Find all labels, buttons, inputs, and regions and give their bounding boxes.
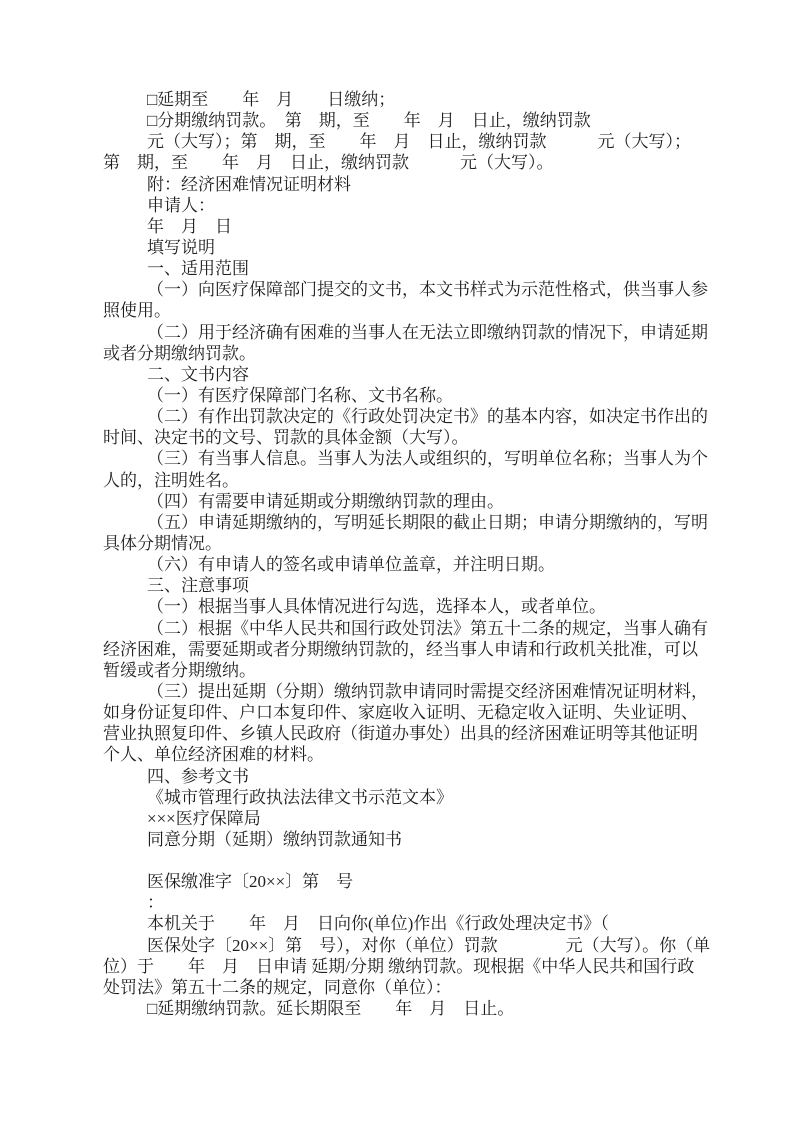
doc-line-12: （二）用于经济确有困难的当事人在无法立即缴纳罚款的情况下，申请延期 (103, 322, 743, 343)
doc-line-2: □分期缴纳罚款。 第 期，至 年 月 日止，缴纳罚款 (103, 110, 743, 131)
doc-line-37 (103, 850, 743, 871)
doc-line-24: 三、注意事项 (103, 575, 743, 596)
doc-line-15: （一）有医疗保障部门名称、文书名称。 (103, 385, 743, 406)
doc-line-39: ： (103, 892, 743, 913)
doc-line-44: □延期缴纳罚款。延长期限至 年 月 日止。 (103, 998, 743, 1019)
doc-line-18: （三）有当事人信息。当事人为法人或组织的，写明单位名称；当事人为个 (103, 448, 743, 469)
doc-line-28: 暂缓或者分期缴纳。 (103, 660, 743, 681)
doc-line-17: 时间、决定书的文号、罚款的具体金额（大写）。 (103, 427, 743, 448)
doc-line-20: （四）有需要申请延期或分期缴纳罚款的理由。 (103, 491, 743, 512)
doc-line-41: 医保处字〔20××〕第 号），对你（单位）罚款 元（大写）。你（单 (103, 935, 743, 956)
doc-line-26: （二）根据《中华人民共和国行政处罚法》第五十二条的规定，当事人确有 (103, 618, 743, 639)
doc-line-8: 填写说明 (103, 237, 743, 258)
doc-line-21: （五）申请延期缴纳的，写明延长期限的截止日期；申请分期缴纳的，写明 (103, 512, 743, 533)
doc-line-40: 本机关于 年 月 日向你(单位)作出《行政处理决定书》（ (103, 913, 743, 934)
doc-line-31: 营业执照复印件、乡镇人民政府（街道办事处）出具的经济困难证明等其他证明 (103, 723, 743, 744)
doc-line-35: ×××医疗保障局 (103, 808, 743, 829)
doc-line-16: （二）有作出罚款决定的《行政处罚决定书》的基本内容，如决定书作出的 (103, 406, 743, 427)
doc-line-9: 一、适用范围 (103, 258, 743, 279)
doc-line-14: 二、文书内容 (103, 364, 743, 385)
doc-line-30: 如身份证复印件、户口本复印件、家庭收入证明、无稳定收入证明、失业证明、 (103, 702, 743, 723)
document-page: □延期至 年 月 日缴纳；□分期缴纳罚款。 第 期，至 年 月 日止，缴纳罚款元… (0, 0, 793, 1122)
doc-line-22: 具体分期情况。 (103, 533, 743, 554)
doc-line-23: （六）有申请人的签名或申请单位盖章，并注明日期。 (103, 554, 743, 575)
doc-line-43: 处罚法》第五十二条的规定，同意你（单位）： (103, 977, 743, 998)
doc-line-38: 医保缴准字〔20××〕第 号 (103, 871, 743, 892)
doc-line-32: 个人、单位经济困难的材料。 (103, 744, 743, 765)
doc-line-7: 年 月 日 (103, 216, 743, 237)
doc-line-13: 或者分期缴纳罚款。 (103, 343, 743, 364)
doc-line-5: 附：经济困难情况证明材料 (103, 174, 743, 195)
doc-line-33: 四、参考文书 (103, 766, 743, 787)
doc-line-34: 《城市管理行政执法法律文书示范文本》 (103, 787, 743, 808)
doc-line-27: 经济困难，需要延期或者分期缴纳罚款的，经当事人申请和行政机关批准，可以 (103, 639, 743, 660)
doc-line-4: 第 期，至 年 月 日止，缴纳罚款 元（大写）。 (103, 152, 743, 173)
doc-line-36: 同意分期（延期）缴纳罚款通知书 (103, 829, 743, 850)
doc-line-19: 人的，注明姓名。 (103, 470, 743, 491)
document-lines: □延期至 年 月 日缴纳；□分期缴纳罚款。 第 期，至 年 月 日止，缴纳罚款元… (103, 89, 743, 1019)
doc-line-11: 照使用。 (103, 300, 743, 321)
doc-line-6: 申请人： (103, 195, 743, 216)
doc-line-42: 位）于 年 月 日申请 延期/分期 缴纳罚款。现根据《中华人民共和国行政 (103, 956, 743, 977)
doc-line-3: 元（大写）；第 期，至 年 月 日止，缴纳罚款 元（大写）； (103, 131, 743, 152)
doc-line-1: □延期至 年 月 日缴纳； (103, 89, 743, 110)
doc-line-10: （一）向医疗保障部门提交的文书，本文书样式为示范性格式，供当事人参 (103, 279, 743, 300)
doc-line-29: （三）提出延期（分期）缴纳罚款申请同时需提交经济困难情况证明材料， (103, 681, 743, 702)
doc-line-25: （一）根据当事人具体情况进行勾选，选择本人，或者单位。 (103, 596, 743, 617)
